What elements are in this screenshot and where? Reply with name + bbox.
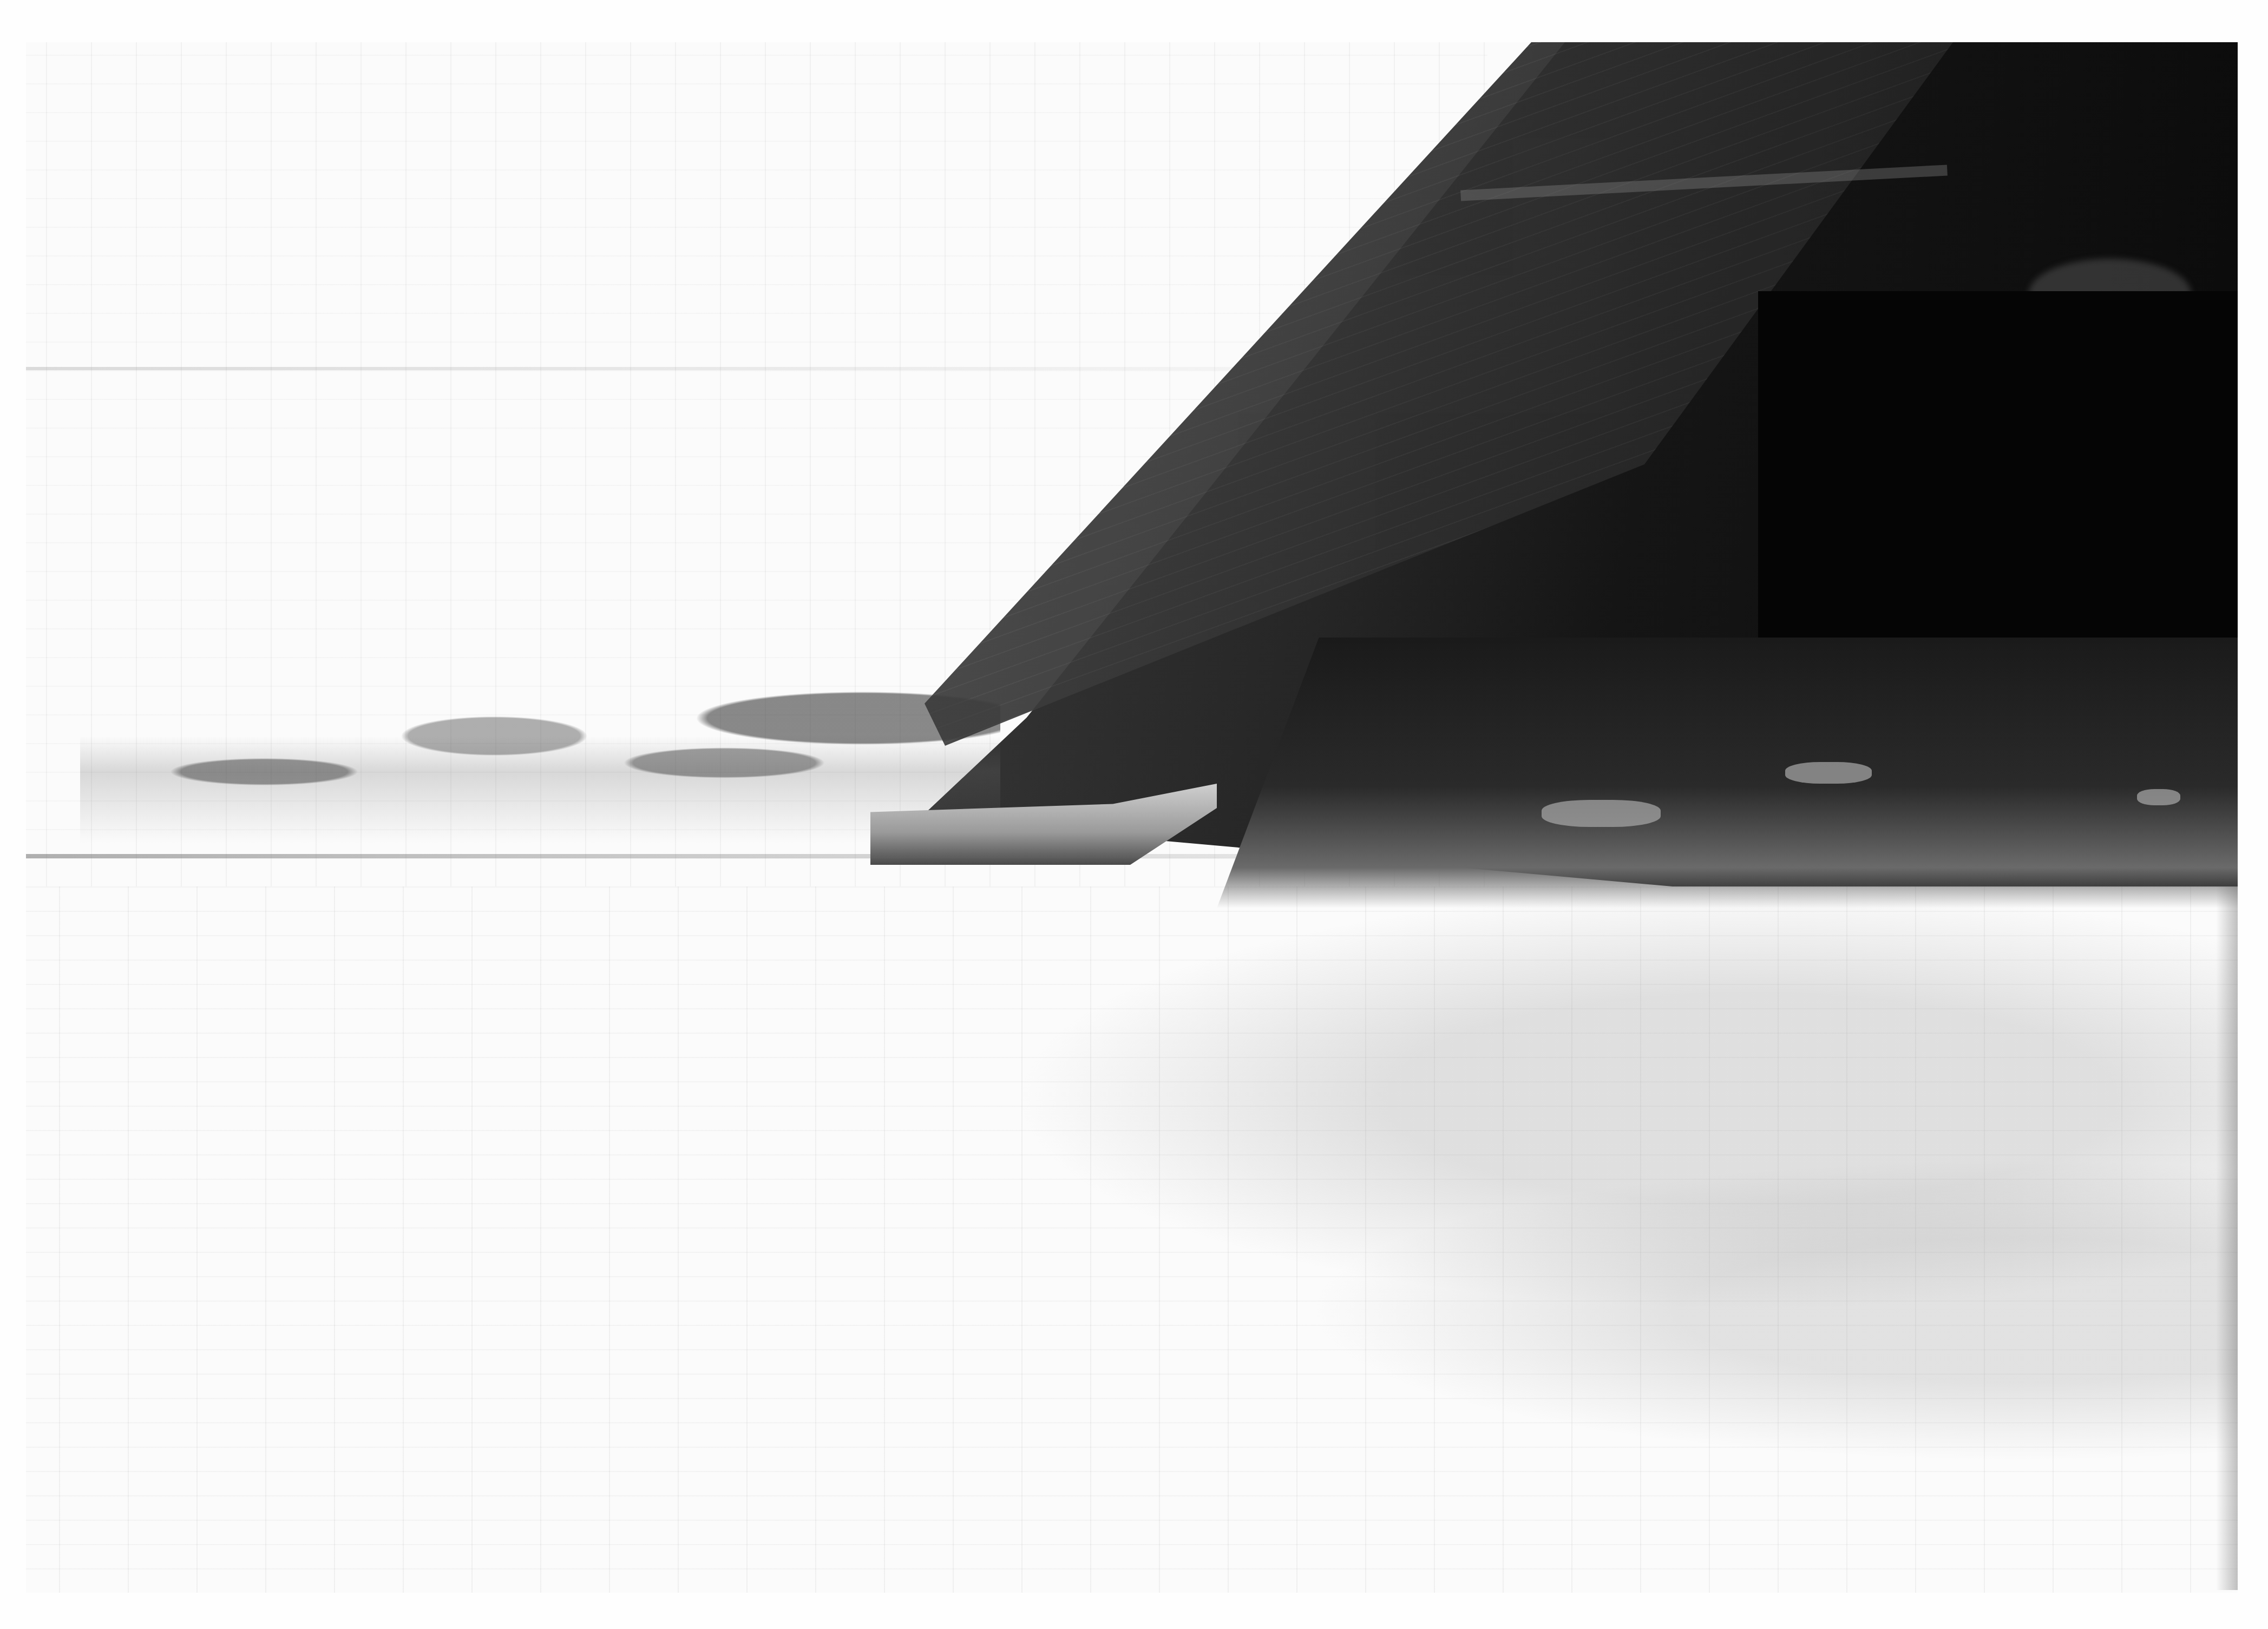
wall-seam	[26, 367, 1271, 370]
concrete-floor	[26, 886, 2238, 1593]
ledge-edge	[26, 854, 1271, 858]
culvert-interior	[1758, 291, 2238, 670]
shaded-ground	[1217, 638, 2238, 908]
photo-edge-shadow	[2216, 886, 2238, 1590]
photograph: Black-and-white photograph of a concrete…	[26, 42, 2238, 1593]
debris	[2137, 789, 2180, 805]
rubble	[80, 665, 1000, 843]
debris	[1785, 762, 1872, 784]
debris	[1542, 800, 1661, 827]
